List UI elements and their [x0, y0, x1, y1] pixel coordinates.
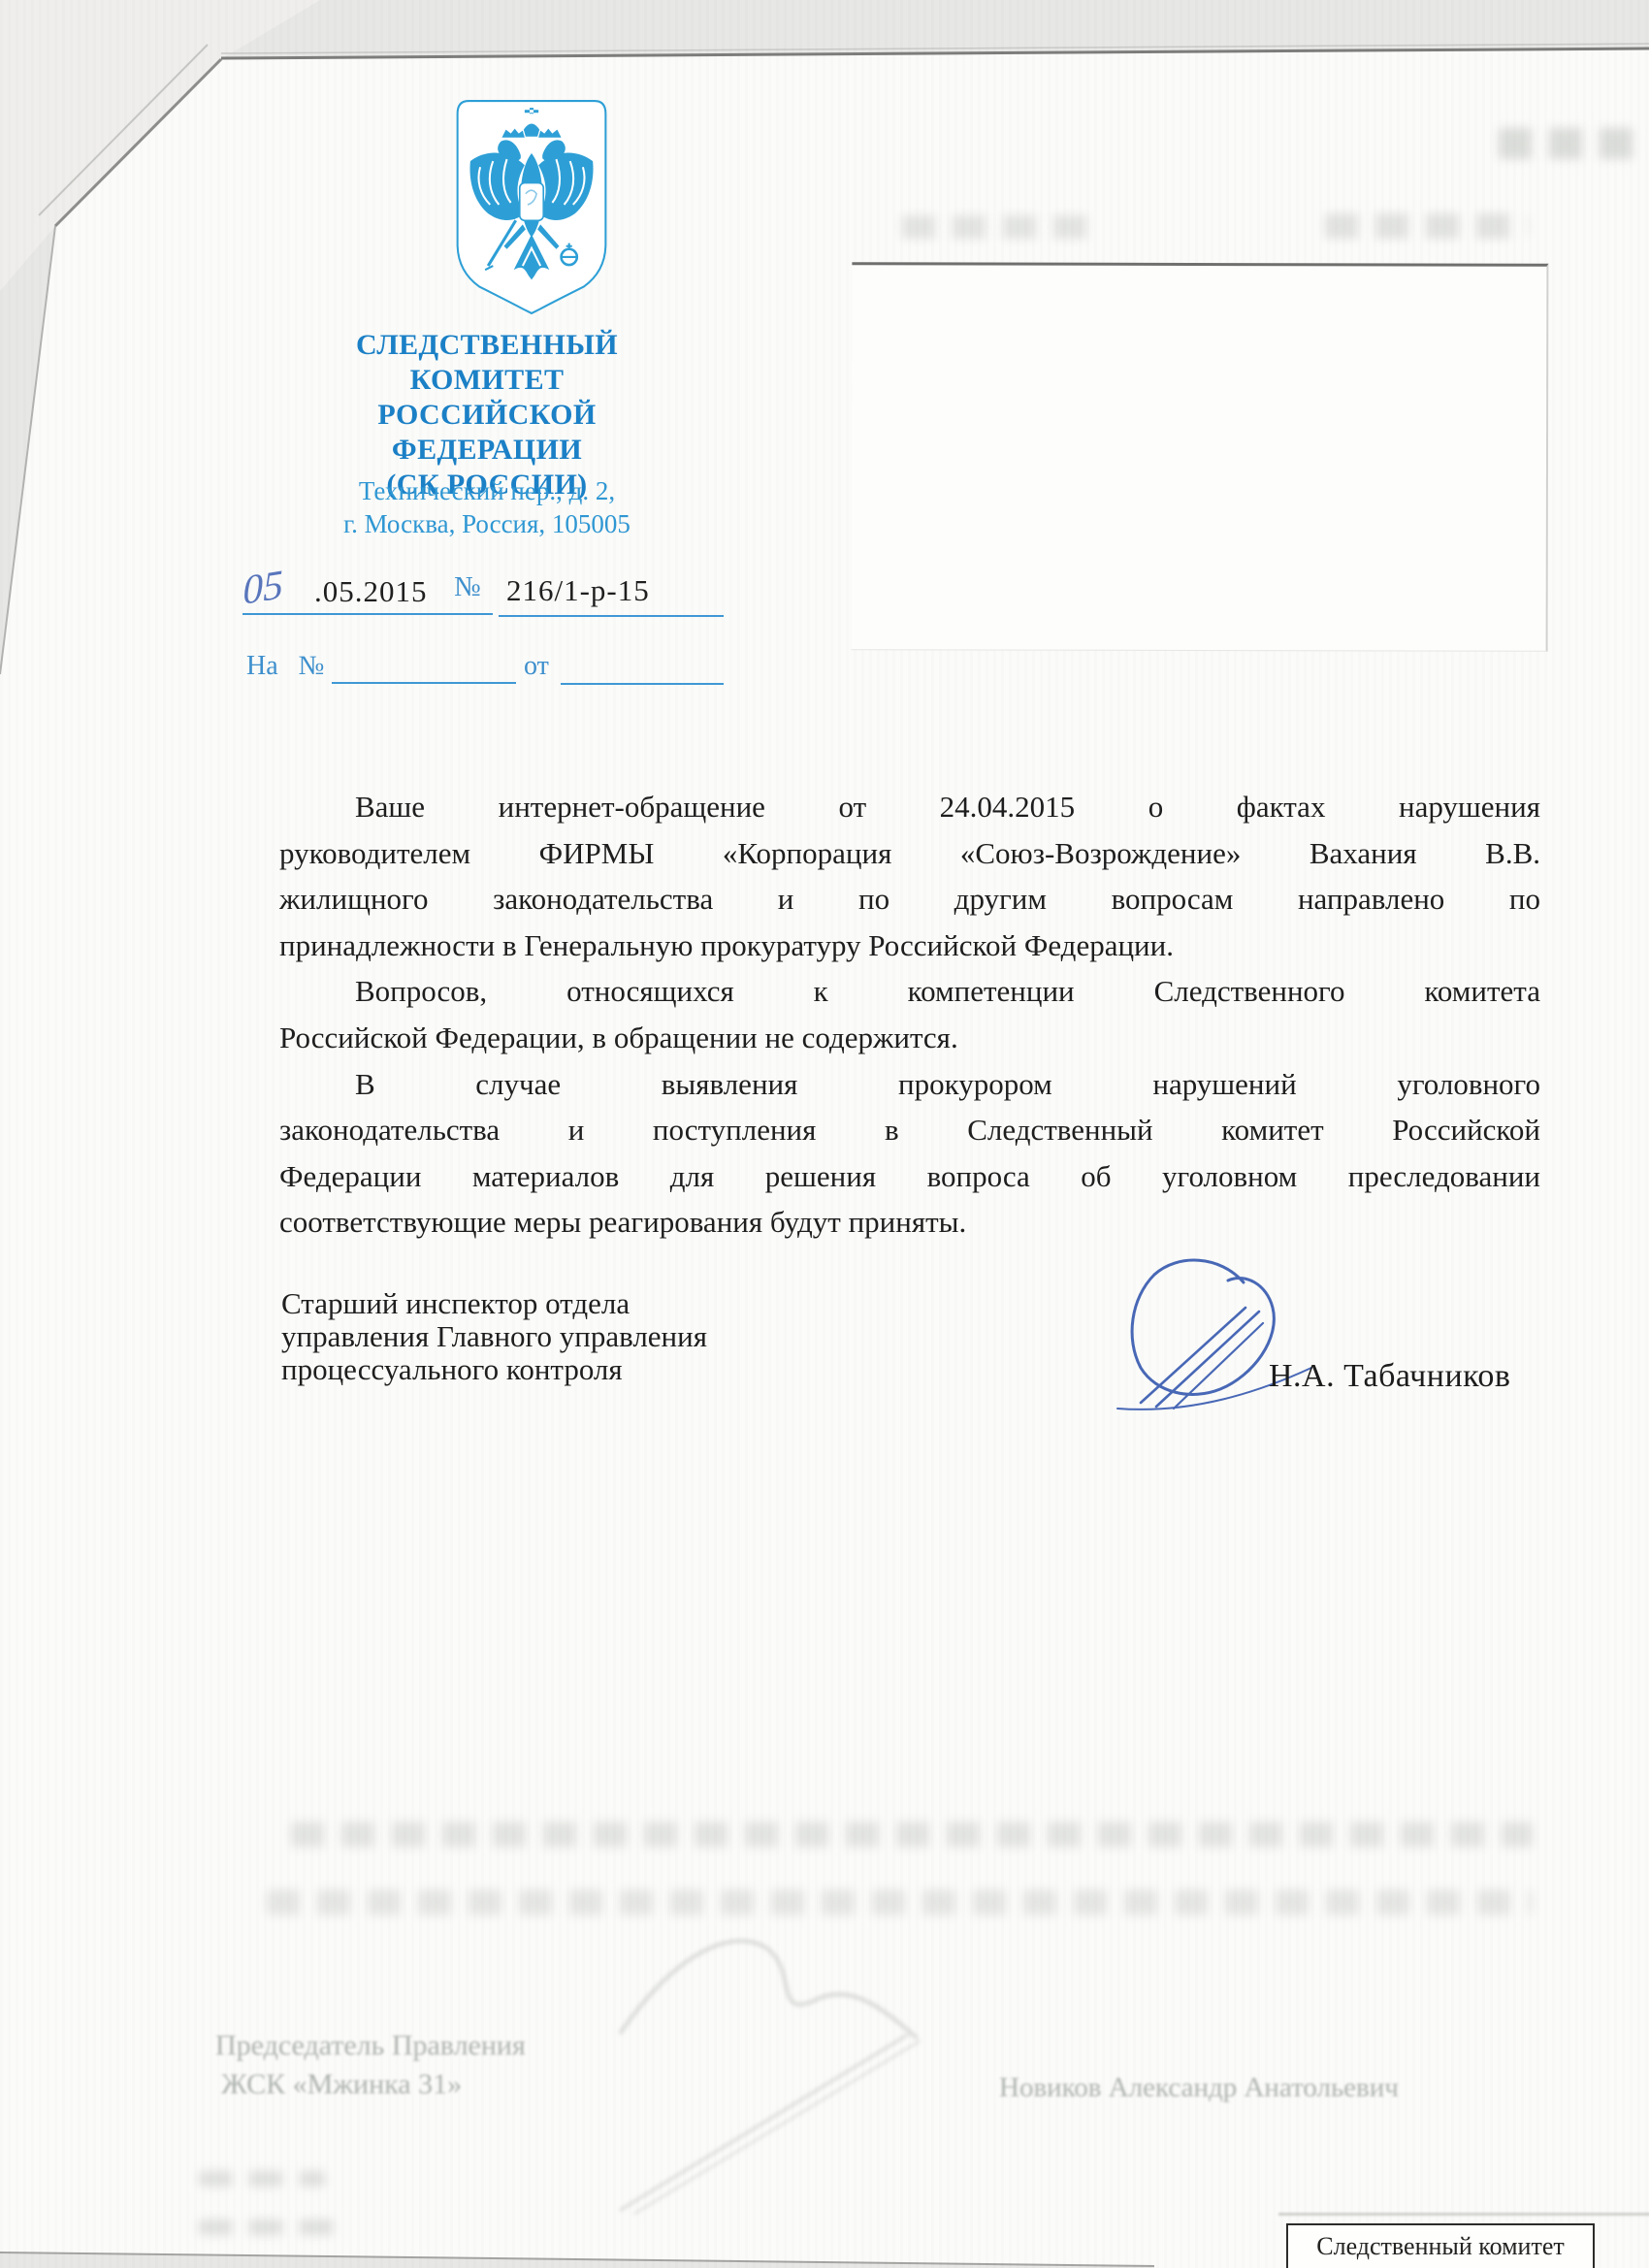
bleed-signature-scribble	[0, 0, 1649, 2268]
bleed-text-zhsk: ЖСК «Мжинка 31»	[221, 2068, 462, 2101]
bleed-smudge-bottom-2	[199, 2219, 344, 2235]
scanned-letter-canvas: СЛЕДСТВЕННЫЙ КОМИТЕТ РОССИЙСКОЙ ФЕДЕРАЦИ…	[0, 0, 1649, 2268]
bleed-smudge-bottom-1	[199, 2171, 325, 2187]
stamp-box: Следственный комитет	[1286, 2223, 1595, 2268]
bleed-text-chairman: Председатель Правления	[215, 2029, 526, 2062]
stamp-box-label: Следственный комитет	[1316, 2232, 1564, 2260]
stamp-box-shadow	[1278, 2213, 1649, 2216]
bleed-text-name: Новиков Александр Анатольевич	[999, 2072, 1399, 2104]
